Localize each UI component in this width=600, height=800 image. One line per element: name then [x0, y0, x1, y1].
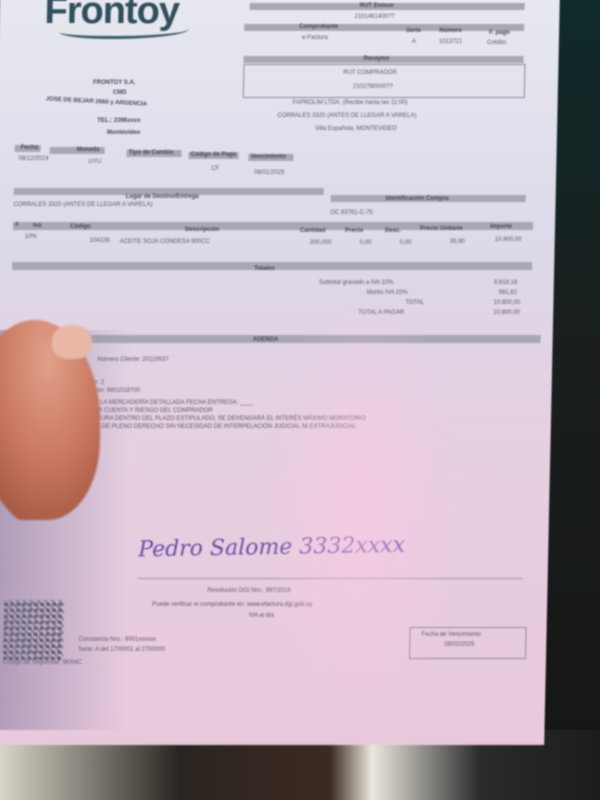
codigo-pago-label: Código de Pago [190, 152, 236, 158]
items-col-iva: Iva [33, 223, 41, 229]
item-qty: 300,000 [310, 240, 332, 246]
comprobante-header [244, 24, 524, 31]
receptor-rut-label: RUT COMPRADOR [343, 70, 397, 76]
moneda-label: Moneda [77, 147, 100, 153]
logo-swoosh-icon [59, 22, 189, 39]
fpago-value: Crédito [487, 40, 506, 46]
items-col-description: Descripción [185, 227, 219, 233]
item-description: ACEITE SOJA CONDESA 900CC [120, 239, 210, 245]
items-col-disc: Desc. [385, 228, 401, 234]
items-col-amount: Importe [490, 224, 512, 230]
id-compra-label: Identificación Compra [386, 196, 449, 202]
subtotal-label: Subtotal gravado a IVA 10% [319, 280, 394, 286]
fecha-value: 08/12/2024 [18, 156, 48, 162]
issuer-address: JOSE DE BEJAR 2660 y ARGENCIA [46, 96, 148, 107]
subtotal-value: 9.818,18 [494, 280, 517, 286]
issuer-branch: CMD [113, 90, 127, 96]
fpago-label: F. pago [489, 30, 510, 36]
items-col-unit: Precio Unitario [420, 226, 463, 232]
issuer-name: FRONTOY S.A. [93, 80, 136, 86]
issuer-city: Montevideo [107, 130, 140, 136]
serie-label: Serie [406, 28, 421, 34]
numero-value: 1013721 [439, 39, 462, 45]
delivery-place-value: CORRALES 3320 (ANTES DE LLEGAR A VARELA) [13, 202, 152, 208]
receptor-label: Receptor [363, 56, 389, 62]
tipo-cambio-label: Tipo de Cambio [129, 150, 174, 156]
items-col-price: Precio [345, 228, 363, 234]
numero-label: Número [439, 28, 462, 34]
moneda-value: UYU [88, 159, 101, 165]
codigo-pago-value: CF [211, 166, 219, 172]
serie-value: A [412, 39, 416, 45]
item-unit: 35,90 [450, 239, 465, 245]
rut-emisor-value: 2101461400?? [354, 14, 394, 20]
items-col-code: Código [70, 224, 91, 230]
item-amount: 10.800,00 [495, 237, 522, 243]
receptor-rut-value: 2102780000?? [353, 84, 393, 90]
light-glare [254, 290, 463, 740]
delivery-place-label: Lugar de Destino/Entrega [126, 194, 199, 200]
comprobante-value: e-Factura [302, 35, 328, 41]
iva-value: 981,82 [499, 290, 517, 296]
total-pagar-value: 10.800,00 [493, 310, 520, 316]
total-value: 10.800,00 [493, 300, 520, 306]
id-compra-value: OC 83761-C-75 [330, 210, 372, 216]
thumbnail [52, 325, 92, 359]
items-col-num: # [15, 222, 18, 228]
item-iva: 10% [25, 234, 37, 240]
receptor-address: CORRALES 3320 (ANTES DE LLEGAR A VARELA) [277, 113, 416, 119]
item-disc: 0,00 [400, 240, 412, 246]
vencimiento-value: 08/01/2025 [254, 170, 284, 176]
items-col-qty: Cantidad [300, 228, 326, 234]
issuer-phone: TEL.: 2396xxxx [97, 118, 140, 124]
comprobante-label: Comprobante [299, 24, 338, 30]
receptor-city: Villa Española, MONTEVIDEO [315, 126, 397, 132]
vencimiento-label: Vencimiento [250, 154, 285, 160]
fecha-label: Fecha [21, 145, 38, 151]
item-price: 0,00 [360, 240, 372, 246]
rut-emisor-label: RUT Emisor [360, 3, 394, 9]
receptor-name: FAPROLIM LTDA. (Recibe hasta las 11:00) [293, 100, 408, 106]
item-code: 104106 [90, 238, 110, 244]
totals-label: Totales [254, 266, 275, 272]
